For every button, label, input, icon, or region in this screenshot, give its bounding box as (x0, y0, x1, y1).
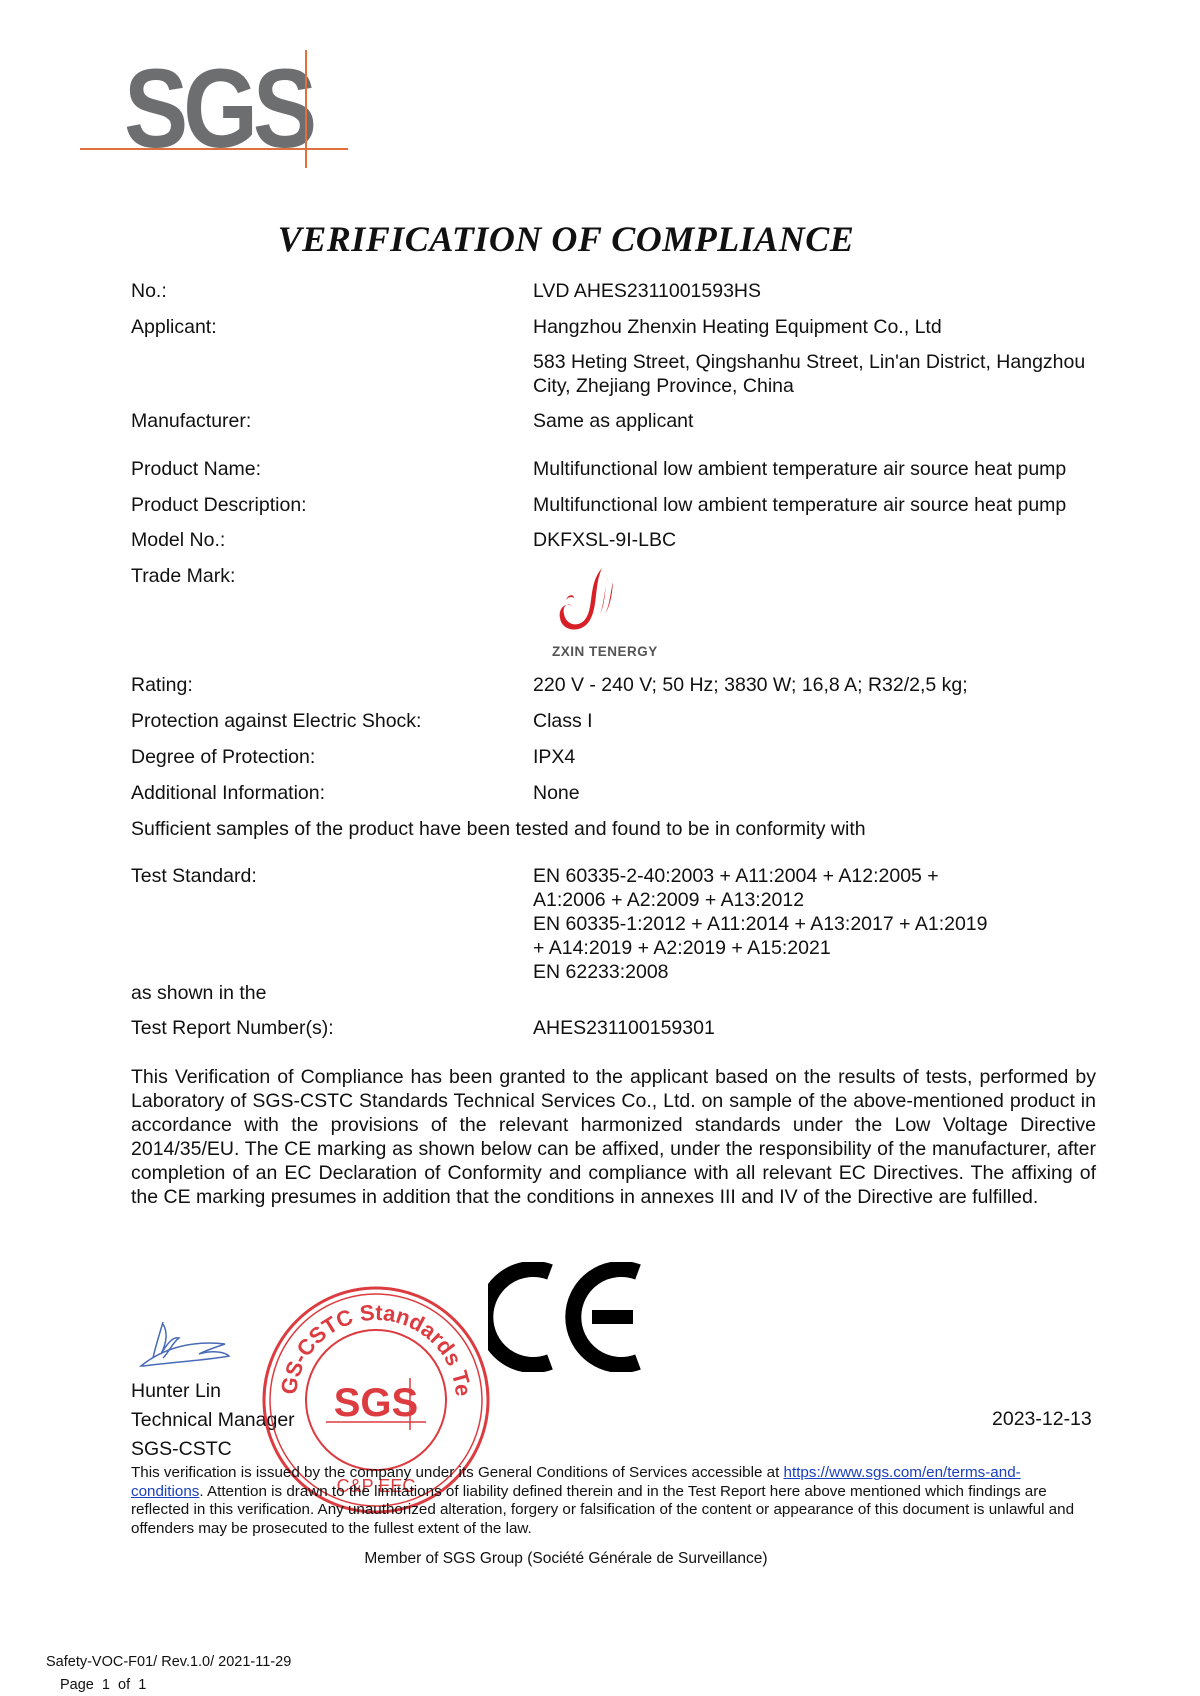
ce-mark-icon (488, 1262, 648, 1372)
logo-rule-horizontal (80, 148, 348, 150)
degree-protection-label: Degree of Protection: (131, 745, 315, 769)
issue-date: 2023-12-13 (992, 1408, 1092, 1431)
signature-icon (133, 1318, 248, 1370)
additional-info-label: Additional Information: (131, 781, 325, 805)
compliance-paragraph: This Verification of Compliance has been… (131, 1065, 1096, 1209)
phoenix-icon (550, 566, 630, 641)
signatory-org: SGS-CSTC (131, 1437, 232, 1461)
product-name-label: Product Name: (131, 457, 261, 481)
test-report-label: Test Report Number(s): (131, 1016, 334, 1040)
model-no-label: Model No.: (131, 528, 225, 552)
sgs-logo: SGS (80, 45, 350, 175)
manufacturer-label: Manufacturer: (131, 409, 251, 433)
test-standard-line: EN 62233:2008 (533, 960, 1113, 984)
trade-mark-label: Trade Mark: (131, 564, 235, 588)
product-description-label: Product Description: (131, 493, 307, 517)
applicant-label: Applicant: (131, 315, 217, 339)
protection-shock-value: Class I (533, 709, 1113, 733)
test-standard-line: A1:2006 + A2:2009 + A13:2012 (533, 888, 1113, 912)
as-shown-text: as shown in the (131, 981, 267, 1005)
applicant-address: 583 Heting Street, Qingshanhu Street, Li… (533, 350, 1123, 398)
protection-shock-label: Protection against Electric Shock: (131, 709, 421, 733)
trade-mark-name: ZXIN TENERGY (552, 644, 658, 659)
rating-label: Rating: (131, 673, 193, 697)
disclaimer: This verification is issued by the compa… (131, 1464, 1091, 1538)
test-standard-list: EN 60335-2-40:2003 + A11:2004 + A12:2005… (533, 864, 1113, 984)
rating-value: 220 V - 240 V; 50 Hz; 3830 W; 16,8 A; R3… (533, 673, 1113, 697)
disclaimer-text: This verification is issued by the compa… (131, 1464, 784, 1481)
product-description-value: Multifunctional low ambient temperature … (533, 493, 1113, 517)
member-line: Member of SGS Group (Société Générale de… (0, 1550, 1132, 1568)
signatory-name: Hunter Lin (131, 1379, 221, 1403)
test-standard-label: Test Standard: (131, 864, 257, 888)
manufacturer-value: Same as applicant (533, 409, 1113, 433)
conformity-sentence: Sufficient samples of the product have b… (131, 817, 1031, 841)
applicant-value: Hangzhou Zhenxin Heating Equipment Co., … (533, 315, 1113, 339)
no-value: LVD AHES2311001593HS (533, 279, 1113, 303)
product-name-value: Multifunctional low ambient temperature … (533, 457, 1113, 481)
document-title: VERIFICATION OF COMPLIANCE (0, 218, 1132, 260)
additional-info-value: None (533, 781, 1113, 805)
form-reference: Safety-VOC-F01/ Rev.1.0/ 2021-11-29 (46, 1654, 291, 1670)
degree-protection-value: IPX4 (533, 745, 1113, 769)
model-no-value: DKFXSL-9I-LBC (533, 528, 1113, 552)
stamp-center-text: SGS (334, 1381, 418, 1425)
no-label: No.: (131, 279, 167, 303)
disclaimer-text-cont: . Attention is drawn to the limitations … (131, 1483, 1074, 1537)
test-standard-line: EN 60335-2-40:2003 + A11:2004 + A12:2005… (533, 864, 1113, 888)
logo-rule-vertical (305, 50, 307, 168)
test-standard-line: EN 60335-1:2012 + A11:2014 + A13:2017 + … (533, 912, 1113, 936)
trade-mark-logo: ZXIN TENERGY (550, 566, 670, 662)
page-number: Page 1 of 1 (60, 1677, 146, 1693)
test-report-value: AHES231100159301 (533, 1016, 1113, 1040)
test-standard-line: + A14:2019 + A2:2019 + A15:2021 (533, 936, 1113, 960)
